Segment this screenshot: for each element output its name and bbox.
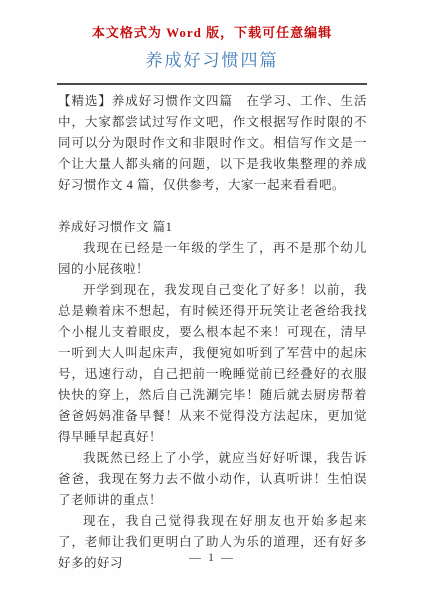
section-heading: 养成好习惯作文 篇1 xyxy=(58,217,367,238)
document-title: 养成好习惯四篇 xyxy=(0,49,424,72)
body-paragraph: 我现在已经是一年级的学生了，再不是那个幼儿园的小屁孩啦！ xyxy=(58,238,367,280)
document-body: 【精选】养成好习惯作文四篇 在学习、工作、生活中，大家都尝试过写作文吧，作文根据… xyxy=(58,91,367,574)
page-number: — 1 — xyxy=(0,550,424,565)
body-paragraph: 我既然已经上了小学，就应当好好听课，我告诉爸爸，我现在努力去不做小动作，认真听讲… xyxy=(58,448,367,511)
document-page: 本文格式为 Word 版，下载可任意编辑 养成好习惯四篇 【精选】养成好习惯作文… xyxy=(0,0,424,600)
body-paragraph: 开学到现在，我发现自己变化了好多！以前，我总是赖着床不想起，有时候还得开玩笑让老… xyxy=(58,280,367,448)
intro-paragraph: 【精选】养成好习惯作文四篇 在学习、工作、生活中，大家都尝试过写作文吧，作文根据… xyxy=(58,91,367,196)
title-divider xyxy=(57,83,367,85)
format-notice: 本文格式为 Word 版，下载可任意编辑 xyxy=(0,0,424,41)
